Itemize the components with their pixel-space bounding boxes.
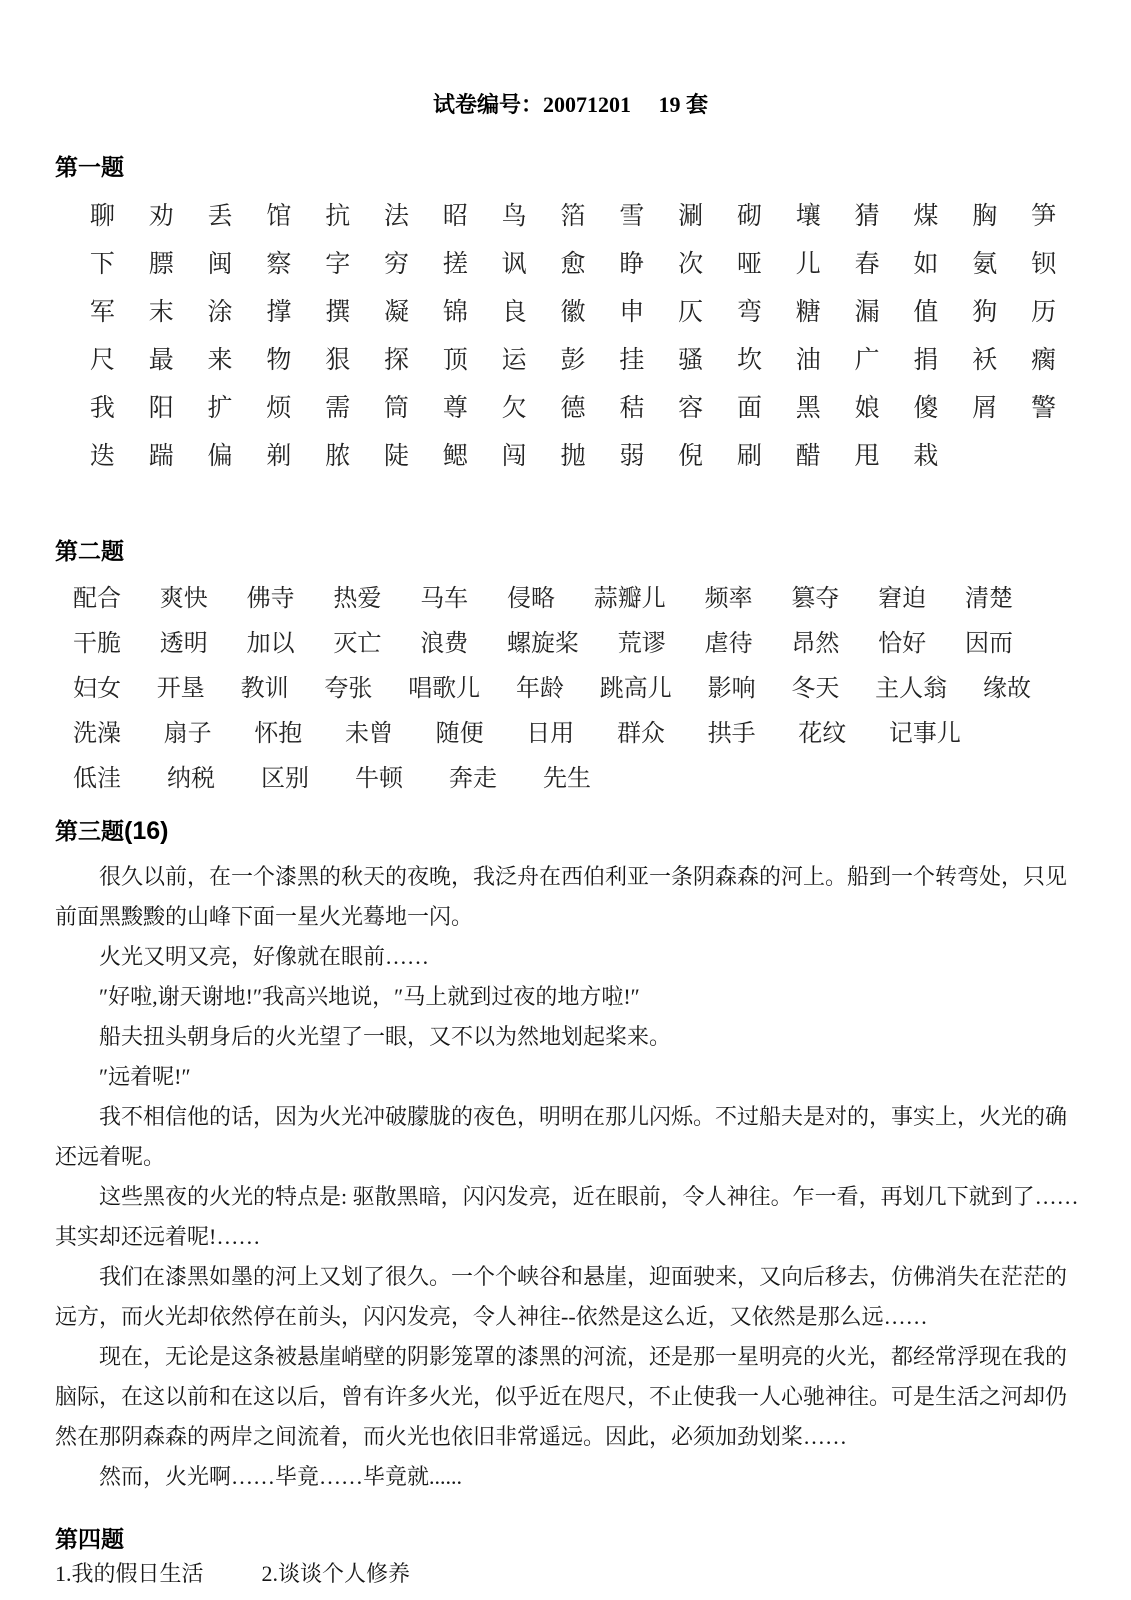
character-cell: 凝 bbox=[367, 289, 426, 337]
question-3-heading: 第三题(16) bbox=[55, 816, 1086, 847]
character-cell: 捐 bbox=[897, 337, 956, 385]
word-cell: 随便 bbox=[436, 712, 484, 757]
character-cell: 徽 bbox=[544, 289, 603, 337]
character-cell: 丢 bbox=[191, 193, 250, 241]
word-cell: 未曾 bbox=[345, 712, 393, 757]
character-cell: 来 bbox=[191, 337, 250, 385]
character-cell: 搓 bbox=[426, 241, 485, 289]
essay-topic: 1.我的假日生活 bbox=[55, 1557, 204, 1591]
character-cell: 箔 bbox=[544, 193, 603, 241]
character-row: 聊劝丢馆抗法昭鸟箔雪涮砌壤猜煤胸笋 bbox=[73, 193, 1073, 241]
question-3-heading-text: 第三题 bbox=[55, 819, 124, 844]
character-cell: 容 bbox=[661, 385, 720, 433]
character-cell: 鸟 bbox=[485, 193, 544, 241]
passage-paragraph: 船夫扭头朝身后的火光望了一眼，又不以为然地划起桨来。 bbox=[55, 1017, 1086, 1057]
word-cell: 加以 bbox=[247, 622, 295, 667]
word-cell: 窘迫 bbox=[878, 577, 926, 622]
character-cell: 踹 bbox=[132, 433, 191, 481]
character-cell: 油 bbox=[779, 337, 838, 385]
word-cell: 先生 bbox=[543, 757, 591, 802]
word-cell: 侵略 bbox=[507, 577, 555, 622]
character-cell: 剃 bbox=[249, 433, 308, 481]
word-cell: 拱手 bbox=[708, 712, 756, 757]
character-cell: 氨 bbox=[955, 241, 1014, 289]
word-cell: 篡夺 bbox=[791, 577, 839, 622]
character-cell: 弱 bbox=[602, 433, 661, 481]
passage-paragraph: 很久以前，在一个漆黑的秋天的夜晚，我泛舟在西伯利亚一条阴森森的河上。船到一个转弯… bbox=[55, 857, 1086, 937]
character-cell: 馆 bbox=[249, 193, 308, 241]
character-cell: 栽 bbox=[897, 433, 956, 481]
character-cell: 狠 bbox=[308, 337, 367, 385]
character-cell: 弯 bbox=[720, 289, 779, 337]
character-cell: 砌 bbox=[720, 193, 779, 241]
word-cell: 爽快 bbox=[160, 577, 208, 622]
character-cell: 钡 bbox=[1014, 241, 1073, 289]
character-cell: 德 bbox=[544, 385, 603, 433]
word-cell: 奔走 bbox=[449, 757, 497, 802]
character-cell: 胸 bbox=[955, 193, 1014, 241]
character-cell: 挂 bbox=[602, 337, 661, 385]
character-cell: 昭 bbox=[426, 193, 485, 241]
word-cell: 群众 bbox=[617, 712, 665, 757]
character-cell: 儿 bbox=[779, 241, 838, 289]
character-cell: 睁 bbox=[602, 241, 661, 289]
word-cell: 昂然 bbox=[791, 622, 839, 667]
character-cell: 抛 bbox=[544, 433, 603, 481]
passage-paragraph: 火光又明又亮，好像就在眼前…… bbox=[55, 937, 1086, 977]
passage-paragraph: ″远着呢!″ bbox=[55, 1057, 1086, 1097]
character-cell: 彭 bbox=[544, 337, 603, 385]
character-cell: 警 bbox=[1014, 385, 1073, 433]
passage-paragraph: 这些黑夜的火光的特点是: 驱散黑暗，闪闪发亮，近在眼前，令人神往。乍一看，再划几… bbox=[55, 1177, 1086, 1257]
word-cell: 因而 bbox=[965, 622, 1013, 667]
word-cell: 热爱 bbox=[333, 577, 381, 622]
word-cell: 花纹 bbox=[798, 712, 846, 757]
word-row: 低洼纳税区别牛顿奔走先生 bbox=[73, 757, 591, 802]
passage-paragraph: 我们在漆黑如墨的河上又划了很久。一个个峡谷和悬崖，迎面驶来，又向后移去，仿佛消失… bbox=[55, 1257, 1086, 1337]
character-cell: 娘 bbox=[838, 385, 897, 433]
section-question-4: 第四题 1.我的假日生活2.谈谈个人修养 bbox=[55, 1525, 1086, 1591]
character-cell: 广 bbox=[838, 337, 897, 385]
word-cell: 恰好 bbox=[878, 622, 926, 667]
character-cell: 筒 bbox=[367, 385, 426, 433]
character-cell: 察 bbox=[249, 241, 308, 289]
character-cell: 需 bbox=[308, 385, 367, 433]
word-cell: 夸张 bbox=[324, 667, 372, 712]
essay-topic: 2.谈谈个人修养 bbox=[262, 1557, 411, 1591]
character-cell: 仄 bbox=[661, 289, 720, 337]
word-cell: 配合 bbox=[73, 577, 121, 622]
character-cell: 军 bbox=[73, 289, 132, 337]
word-cell: 唱歌儿 bbox=[408, 667, 480, 712]
character-cell: 春 bbox=[838, 241, 897, 289]
character-cell: 偏 bbox=[191, 433, 250, 481]
character-cell: 下 bbox=[73, 241, 132, 289]
character-cell: 笋 bbox=[1014, 193, 1073, 241]
character-row: 迭踹偏剃脓陡鳃闯抛弱倪刷醋甩栽 bbox=[73, 433, 1073, 481]
character-cell: 愈 bbox=[544, 241, 603, 289]
character-cell: 壤 bbox=[779, 193, 838, 241]
character-cell: 陡 bbox=[367, 433, 426, 481]
character-cell: 最 bbox=[132, 337, 191, 385]
question-1-character-grid: 聊劝丢馆抗法昭鸟箔雪涮砌壤猜煤胸笋 下膘闽察字穷搓讽愈睁次哑儿春如氨钡 军末涂撑… bbox=[73, 193, 1073, 481]
word-cell: 螺旋桨 bbox=[507, 622, 579, 667]
character-cell: 骚 bbox=[661, 337, 720, 385]
word-cell: 蒜瓣儿 bbox=[594, 577, 666, 622]
word-cell: 浪费 bbox=[420, 622, 468, 667]
word-cell: 跳高儿 bbox=[600, 667, 672, 712]
word-cell: 扇子 bbox=[164, 712, 212, 757]
word-cell: 清楚 bbox=[965, 577, 1013, 622]
question-2-word-list: 配合爽快佛寺热爱马车侵略蒜瓣儿频率篡夺窘迫清楚 干脆透明加以灭亡浪费螺旋桨荒谬虐… bbox=[73, 577, 1086, 802]
character-cell: 探 bbox=[367, 337, 426, 385]
character-cell: 阳 bbox=[132, 385, 191, 433]
character-cell: 傻 bbox=[897, 385, 956, 433]
character-cell: 涮 bbox=[661, 193, 720, 241]
character-cell: 物 bbox=[249, 337, 308, 385]
word-cell: 开垦 bbox=[157, 667, 205, 712]
character-row: 尺最来物狠探顶运彭挂骚坎油广捐袄瘸 bbox=[73, 337, 1073, 385]
character-cell: 聊 bbox=[73, 193, 132, 241]
word-cell: 主人翁 bbox=[875, 667, 947, 712]
character-cell: 涂 bbox=[191, 289, 250, 337]
word-cell: 妇女 bbox=[73, 667, 121, 712]
character-cell: 刷 bbox=[720, 433, 779, 481]
character-cell: 值 bbox=[897, 289, 956, 337]
page-title: 试卷编号：20071201 19 套 bbox=[55, 88, 1086, 119]
character-cell: 历 bbox=[1014, 289, 1073, 337]
character-cell: 迭 bbox=[73, 433, 132, 481]
character-cell: 撑 bbox=[249, 289, 308, 337]
character-row: 下膘闽察字穷搓讽愈睁次哑儿春如氨钡 bbox=[73, 241, 1073, 289]
character-cell: 闯 bbox=[485, 433, 544, 481]
word-row: 干脆透明加以灭亡浪费螺旋桨荒谬虐待昂然恰好因而 bbox=[73, 622, 1013, 667]
character-row: 军末涂撑撰凝锦良徽申仄弯糖漏值狗历 bbox=[73, 289, 1073, 337]
section-question-1: 第一题 聊劝丢馆抗法昭鸟箔雪涮砌壤猜煤胸笋 下膘闽察字穷搓讽愈睁次哑儿春如氨钡 … bbox=[55, 153, 1086, 481]
word-cell: 记事儿 bbox=[889, 712, 961, 757]
word-cell: 日用 bbox=[526, 712, 574, 757]
word-row: 洗澡扇子怀抱未曾随便日用群众拱手花纹记事儿 bbox=[73, 712, 961, 757]
word-cell: 怀抱 bbox=[254, 712, 302, 757]
word-cell: 灭亡 bbox=[333, 622, 381, 667]
character-cell: 运 bbox=[485, 337, 544, 385]
character-cell: 雪 bbox=[602, 193, 661, 241]
word-cell: 透明 bbox=[160, 622, 208, 667]
character-cell: 顶 bbox=[426, 337, 485, 385]
word-cell: 区别 bbox=[261, 757, 309, 802]
word-cell: 教训 bbox=[241, 667, 289, 712]
character-cell: 锦 bbox=[426, 289, 485, 337]
character-cell: 良 bbox=[485, 289, 544, 337]
word-cell: 纳税 bbox=[167, 757, 215, 802]
word-cell: 干脆 bbox=[73, 622, 121, 667]
character-cell: 甩 bbox=[838, 433, 897, 481]
word-row: 妇女开垦教训夸张唱歌儿年龄跳高儿影响冬天主人翁缘故 bbox=[73, 667, 1031, 712]
essay-topic-list: 1.我的假日生活2.谈谈个人修养 bbox=[55, 1557, 1086, 1591]
character-cell: 坎 bbox=[720, 337, 779, 385]
character-cell: 抗 bbox=[308, 193, 367, 241]
passage-paragraph: 现在，无论是这条被悬崖峭壁的阴影笼罩的漆黑的河流，还是那一星明亮的火光，都经常浮… bbox=[55, 1337, 1086, 1457]
passage-paragraph: ″好啦,谢天谢地!″我高兴地说，″马上就到过夜的地方啦!″ bbox=[55, 977, 1086, 1017]
character-cell: 末 bbox=[132, 289, 191, 337]
word-cell: 虐待 bbox=[705, 622, 753, 667]
section-question-2: 第二题 配合爽快佛寺热爱马车侵略蒜瓣儿频率篡夺窘迫清楚 干脆透明加以灭亡浪费螺旋… bbox=[55, 537, 1086, 802]
word-cell: 洗澡 bbox=[73, 712, 121, 757]
character-cell: 倪 bbox=[661, 433, 720, 481]
character-cell: 袄 bbox=[955, 337, 1014, 385]
character-cell: 尺 bbox=[73, 337, 132, 385]
character-cell: 撰 bbox=[308, 289, 367, 337]
character-cell: 烦 bbox=[249, 385, 308, 433]
word-cell: 牛顿 bbox=[355, 757, 403, 802]
character-cell: 讽 bbox=[485, 241, 544, 289]
character-cell: 我 bbox=[73, 385, 132, 433]
character-cell: 糖 bbox=[779, 289, 838, 337]
character-cell: 扩 bbox=[191, 385, 250, 433]
character-cell: 申 bbox=[602, 289, 661, 337]
character-cell: 次 bbox=[661, 241, 720, 289]
word-cell: 年龄 bbox=[516, 667, 564, 712]
passage-paragraph: 我不相信他的话，因为火光冲破朦胧的夜色，明明在那儿闪烁。不过船夫是对的，事实上，… bbox=[55, 1097, 1086, 1177]
character-cell: 煤 bbox=[897, 193, 956, 241]
word-cell: 佛寺 bbox=[247, 577, 295, 622]
character-cell: 法 bbox=[367, 193, 426, 241]
word-cell: 频率 bbox=[705, 577, 753, 622]
character-cell: 面 bbox=[720, 385, 779, 433]
word-cell: 荒谬 bbox=[618, 622, 666, 667]
character-cell: 漏 bbox=[838, 289, 897, 337]
section-question-3: 第三题(16) 很久以前，在一个漆黑的秋天的夜晚，我泛舟在西伯利亚一条阴森森的河… bbox=[55, 816, 1086, 1497]
question-2-heading: 第二题 bbox=[55, 537, 1086, 567]
word-row: 配合爽快佛寺热爱马车侵略蒜瓣儿频率篡夺窘迫清楚 bbox=[73, 577, 1013, 622]
character-cell: 欠 bbox=[485, 385, 544, 433]
word-cell: 影响 bbox=[708, 667, 756, 712]
reading-passage: 很久以前，在一个漆黑的秋天的夜晚，我泛舟在西伯利亚一条阴森森的河上。船到一个转弯… bbox=[55, 857, 1086, 1497]
character-cell: 劝 bbox=[132, 193, 191, 241]
character-cell: 穷 bbox=[367, 241, 426, 289]
character-cell: 脓 bbox=[308, 433, 367, 481]
question-3-heading-number: (16) bbox=[124, 817, 168, 845]
character-row: 我阳扩烦需筒尊欠德秸容面黑娘傻屑警 bbox=[73, 385, 1073, 433]
word-cell: 冬天 bbox=[791, 667, 839, 712]
character-cell: 鳃 bbox=[426, 433, 485, 481]
question-4-heading: 第四题 bbox=[55, 1525, 1086, 1555]
character-cell: 猜 bbox=[838, 193, 897, 241]
character-cell: 秸 bbox=[602, 385, 661, 433]
question-1-heading: 第一题 bbox=[55, 153, 1086, 183]
character-cell: 黑 bbox=[779, 385, 838, 433]
character-cell: 尊 bbox=[426, 385, 485, 433]
character-cell: 字 bbox=[308, 241, 367, 289]
character-cell: 膘 bbox=[132, 241, 191, 289]
character-cell: 狗 bbox=[955, 289, 1014, 337]
character-cell: 闽 bbox=[191, 241, 250, 289]
passage-paragraph: 然而，火光啊……毕竟……毕竟就...... bbox=[55, 1457, 1086, 1497]
character-cell: 瘸 bbox=[1014, 337, 1073, 385]
character-cell: 如 bbox=[897, 241, 956, 289]
character-cell: 屑 bbox=[955, 385, 1014, 433]
character-cell: 醋 bbox=[779, 433, 838, 481]
word-cell: 低洼 bbox=[73, 757, 121, 802]
word-cell: 马车 bbox=[420, 577, 468, 622]
character-cell: 哑 bbox=[720, 241, 779, 289]
word-cell: 缘故 bbox=[983, 667, 1031, 712]
